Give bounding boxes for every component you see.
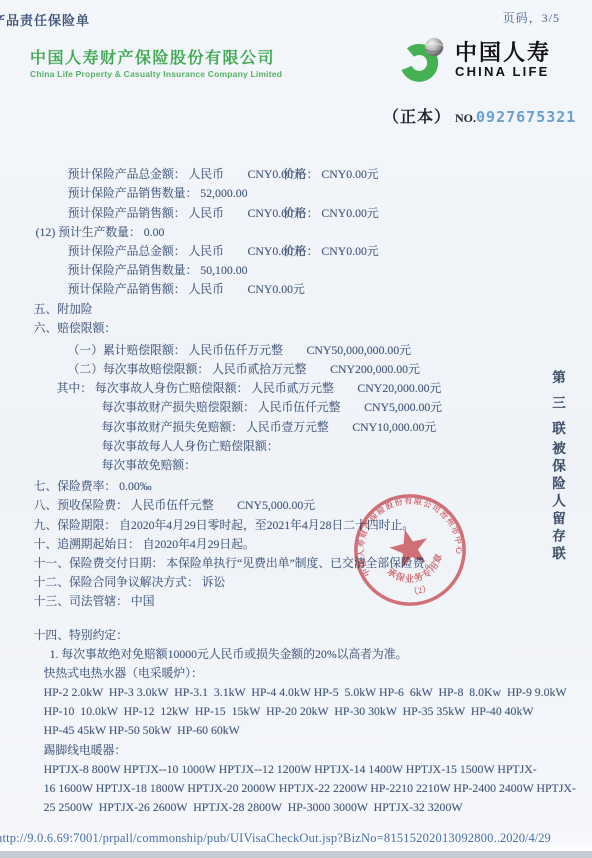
policy-line: HPTJX-8 800W HPTJX--10 1000W HPTJX--12 1… (0, 741, 586, 760)
policy-line: 每次事故每人人身伤亡赔偿限额： (0, 418, 586, 437)
document-type-title: 产品责任保险单 (0, 10, 90, 29)
serial-number-prefix: NO. (455, 111, 476, 125)
policy-line-text: 25 2500W HPTJX-26 2600W HPTJX-28 2800W H… (44, 800, 463, 814)
logo-swoosh-globe-icon (399, 36, 449, 84)
copy-type-label: （正本） (383, 109, 451, 126)
policy-line: 其中： 每次事故人身伤亡赔偿限额： 人民币贰万元整 CNY20,000.00元 (0, 360, 586, 379)
policy-line: 十、追溯期起始日： 自2020年4月29日起。 (0, 516, 586, 535)
insurance-policy-page: 产品责任保险单 页码，3/5 中国人寿财产保险股份有限公司 China Life… (0, 0, 592, 858)
policy-line: HP-2 2.0kW HP-3 3.0kW HP-3.1 3.1kW HP-4 … (0, 664, 586, 683)
footer-url: http://9.0.6.69:7001/prpall/commonship/p… (0, 831, 504, 846)
policy-line: 预计保险产品销售数量： 50,100.00 价格： CNY0.00元 (0, 242, 586, 261)
policy-line: 踢脚线电暖器： (0, 721, 586, 740)
policy-line: 25 2500W HPTJX-26 2600W HPTJX-28 2800W H… (0, 779, 586, 798)
logo-text: 中国人寿 CHINA LIFE (455, 41, 551, 79)
policy-line: HP-10 10.0kW HP-12 12kW HP-15 15kW HP-20… (0, 683, 586, 702)
side-tab-insured-retained: 被保险人留存联 (547, 441, 567, 564)
policy-line: 每次事故财产损失赔偿限额： 人民币伍仟元整 CNY5,000.00元 (0, 379, 586, 398)
policy-line: 预计保险产品销售额： 人民币 CNY0.00元 (0, 184, 586, 203)
policy-line: 十一、保险费交付日期： 本保险单执行“见费出单”制度、已交清全部保险费。 (0, 535, 586, 554)
policy-line: 预计保险产品销售额： 人民币 CNY0.00元 (0, 261, 586, 280)
seal-number: （2） (408, 583, 431, 598)
china-life-logo: 中国人寿 CHINA LIFE (399, 36, 551, 84)
policy-line: (12) 预计生产数量： 0.00 价格： CNY0.00元 (0, 204, 586, 223)
company-name-en: China Life Property & Casualty Insurance… (30, 69, 282, 79)
policy-line: 预计保险产品总金额： 人民币 CNY0.00元 (0, 223, 586, 242)
logo-text-cn: 中国人寿 (455, 41, 551, 64)
policy-line: 八、预收保险费： 人民币伍仟元整 CNY5,000.00元 (0, 477, 586, 496)
policy-line: HP-45 45kW HP-50 50kW HP-60 60kW (0, 702, 586, 721)
company-name-cn: 中国人寿财产保险股份有限公司 (30, 45, 282, 68)
policy-serial-line: （正本）NO.0927675321 (383, 104, 576, 127)
policy-line: 16 1600W HPTJX-18 1800W HPTJX-20 2000W H… (0, 760, 586, 779)
policy-line: 五、附加险 (0, 280, 586, 299)
policy-line: 每次事故财产损失免赔额： 人民币壹万元整 CNY10,000.00元 (0, 398, 586, 417)
logo-text-en: CHINA LIFE (455, 64, 551, 79)
policy-line: 快热式电热水器（电采暖炉）： (0, 645, 586, 664)
policy-line: 九、保险期限： 自2020年4月29日零时起，至2021年4月28日二十四时止。 (0, 496, 586, 515)
policy-line: 1. 每次事故绝对免赔额10000元人民币或损失金额的20%以高者为准。 (0, 626, 586, 645)
policy-line: 七、保险费率： 0.00‰ (0, 458, 586, 477)
scan-edge-gray (0, 851, 592, 858)
policy-line-price: 价格： CNY0.00元 (283, 165, 379, 184)
policy-line: 预计保险产品总金额： 人民币 CNY0.00元 (0, 146, 586, 165)
policy-line-price: 价格： CNY0.00元 (283, 242, 379, 261)
policy-line: （一）累计赔偿限额： 人民币伍仟万元整 CNY50,000,000.00元 (0, 322, 586, 341)
policy-body: 预计保险产品总金额： 人民币 CNY0.00元 预计保险产品销售数量： 52,0… (0, 146, 586, 798)
serial-number: 0927675321 (476, 108, 576, 126)
policy-line: 预计保险产品销售数量： 52,000.00 价格： CNY0.00元 (0, 165, 586, 184)
footer-date: 2020/4/29 (500, 831, 551, 846)
policy-line: 每次事故免赔额： (0, 437, 586, 456)
policy-line: （二）每次事故赔偿限额： 人民币贰拾万元整 CNY200,000.00元 (0, 341, 586, 360)
policy-line-price: 价格： CNY0.00元 (283, 204, 379, 223)
policy-line: 六、赔偿限额： (0, 300, 586, 319)
side-tab-copy-number: 第三联 (547, 370, 567, 447)
policy-line: 十四、特别约定： (0, 606, 586, 625)
seal-star-icon (386, 525, 432, 570)
page-number: 页码，3/5 (503, 9, 560, 26)
policy-line: 十二、保险合同争议解决方式： 诉讼 (0, 554, 586, 573)
issuer-company-block: 中国人寿财产保险股份有限公司 China Life Property & Cas… (30, 45, 282, 79)
policy-line: 十三、司法管辖： 中国 (0, 573, 586, 592)
